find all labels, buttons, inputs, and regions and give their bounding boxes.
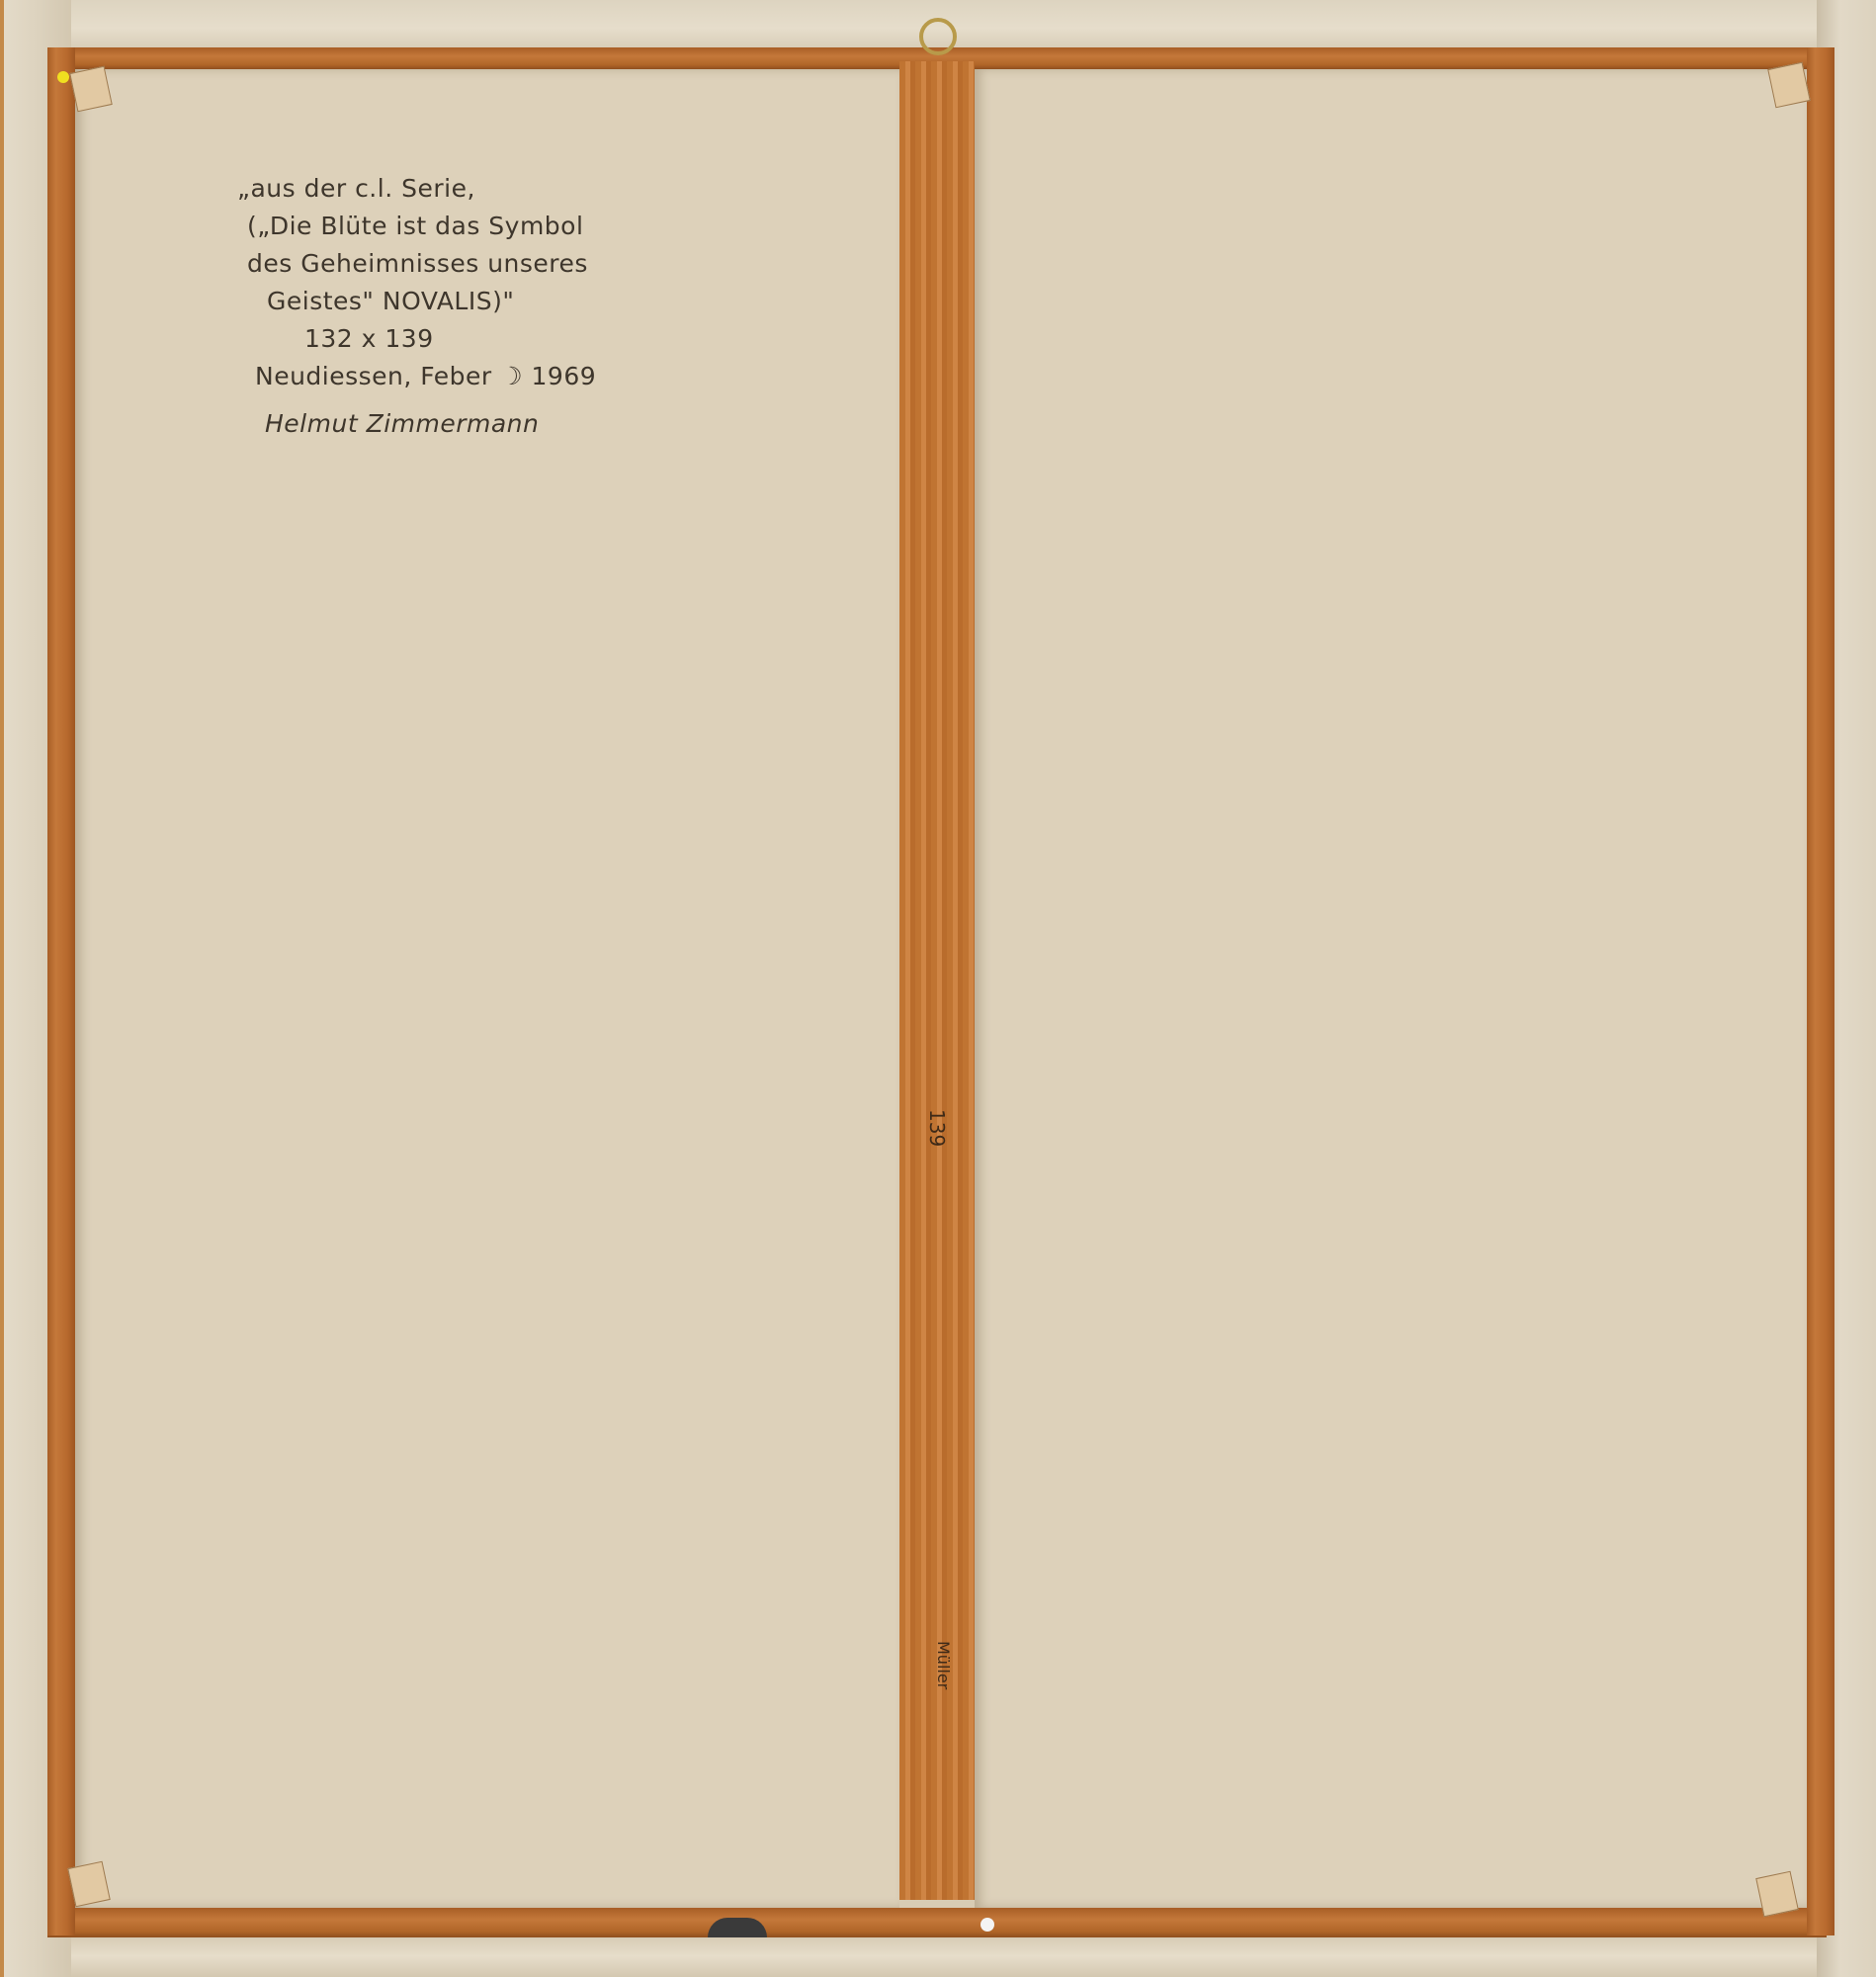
crossbar-signature-mark: Müller (934, 1641, 953, 1689)
inscription-dimensions: 132 x 139 (304, 320, 596, 358)
inscription-place-date: Neudiessen, Feber ☽ 1969 (255, 358, 596, 395)
hanging-ring (919, 18, 957, 55)
inscription-line: Geistes" NOVALIS)" (267, 283, 596, 320)
stretcher-bar-bottom (47, 1908, 1827, 1937)
inscription-line: („Die Blüte ist das Symbol (247, 208, 596, 245)
yellow-sticker-dot (57, 71, 69, 83)
artist-signature: Helmut Zimmermann (265, 405, 596, 443)
stretcher-bar-right (1807, 47, 1834, 1935)
inscription-line: des Geheimnisses unseres (247, 245, 596, 283)
white-sticker-dot (981, 1918, 994, 1932)
inscription-line: „aus der c.l. Serie, (237, 170, 596, 208)
stretcher-crossbar-center (899, 61, 975, 1900)
painting-back-photo: „aus der c.l. Serie, („Die Blüte ist das… (0, 0, 1876, 1977)
handwritten-inscription: „aus der c.l. Serie, („Die Blüte ist das… (237, 170, 596, 443)
dark-stain (708, 1918, 767, 1937)
stretcher-bar-left (47, 47, 75, 1935)
canvas-tacking-margin-bottom (0, 1935, 1876, 1977)
crossbar-number-mark: 139 (925, 1109, 949, 1147)
canvas-panel-right (975, 69, 1807, 1908)
